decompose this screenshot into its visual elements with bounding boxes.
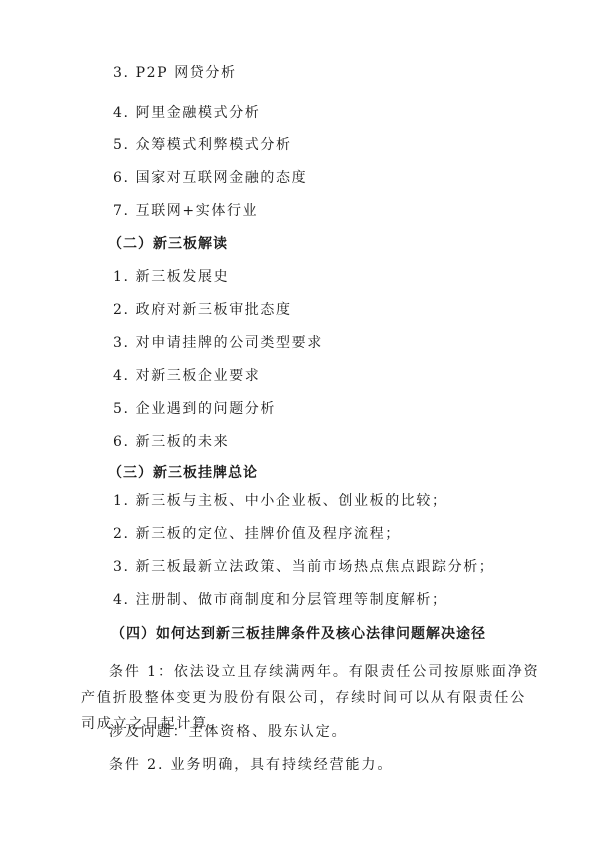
list-item: 6. 国家对互联网金融的态度 bbox=[113, 169, 307, 187]
list-item: 5. 企业遇到的问题分析 bbox=[113, 400, 276, 418]
list-item: 3. P2P 网贷分析 bbox=[113, 64, 237, 82]
list-item: 3. 对申请挂牌的公司类型要求 bbox=[113, 334, 323, 352]
list-item: 4. 对新三板企业要求 bbox=[113, 367, 260, 385]
section-heading: （二）新三板解读 bbox=[108, 235, 228, 253]
list-item: 4. 注册制、做市商制度和分层管理等制度解析； bbox=[113, 591, 448, 609]
list-item: 3. 新三板最新立法政策、当前市场热点焦点跟踪分析； bbox=[113, 558, 494, 576]
document-page: 3. P2P 网贷分析 4. 阿里金融模式分析 5. 众筹模式利弊模式分析 6.… bbox=[0, 0, 600, 849]
section-heading: （三）新三板挂牌总论 bbox=[108, 464, 258, 482]
list-item: 2. 政府对新三板审批态度 bbox=[113, 301, 292, 319]
list-item: 4. 阿里金融模式分析 bbox=[113, 104, 260, 122]
list-item: 1. 新三板与主板、中小企业板、创业板的比较； bbox=[113, 492, 448, 510]
paragraph: 涉及问题：主体资格、股东认定。 bbox=[81, 719, 541, 745]
list-item: 7. 互联网+实体行业 bbox=[113, 202, 258, 220]
list-item: 5. 众筹模式利弊模式分析 bbox=[113, 136, 292, 154]
list-item: 1. 新三板发展史 bbox=[113, 268, 229, 286]
section-heading: （四）如何达到新三板挂牌条件及核心法律问题解决途径 bbox=[111, 625, 486, 643]
list-item: 2. 新三板的定位、挂牌价值及程序流程； bbox=[113, 525, 401, 543]
list-item: 6. 新三板的未来 bbox=[113, 433, 229, 451]
paragraph: 条件 2. 业务明确，具有持续经营能力。 bbox=[81, 752, 541, 778]
